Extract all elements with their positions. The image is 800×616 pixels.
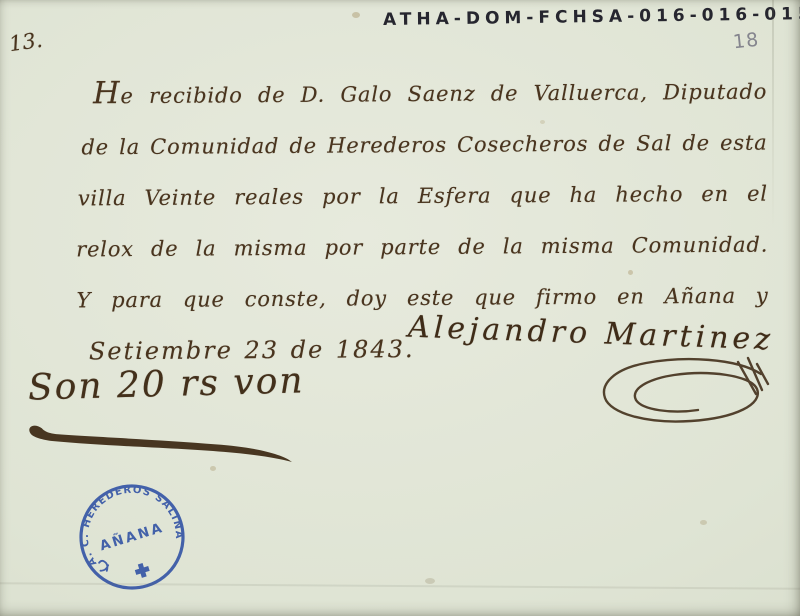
rubric-oval bbox=[604, 359, 761, 421]
stamp-ornament-mark bbox=[98, 559, 110, 572]
document-scan: ATHA-DOM-FCHSA-016-016-015 18 13. He rec… bbox=[0, 0, 800, 616]
paper-stain bbox=[210, 466, 216, 471]
signature-rubric-flourish bbox=[596, 354, 771, 432]
paper-stain bbox=[425, 578, 435, 584]
pencil-folio-number: 18 bbox=[732, 29, 760, 54]
ink-folio-number: 13. bbox=[7, 28, 43, 56]
paper-stain bbox=[700, 520, 707, 525]
receipt-line-1: He recibido de D. Galo Saenz de Valluerc… bbox=[75, 64, 767, 123]
svg-text:A. C. HEREDEROS SALINAS: A. C. HEREDEROS SALINAS bbox=[57, 461, 187, 573]
paper-crease-vertical bbox=[772, 0, 774, 230]
stamp-center-text: AÑANA bbox=[98, 519, 167, 555]
archive-reference: ATHA-DOM-FCHSA-016-016-015 bbox=[383, 4, 800, 30]
archive-stamp: A. C. HEREDEROS SALINAS AÑANA bbox=[57, 461, 207, 613]
paper-stain bbox=[352, 12, 360, 18]
receipt-line-3: villa Veinte reales por la Esfera que ha… bbox=[76, 169, 768, 225]
stamp-cross-icon bbox=[133, 562, 150, 579]
receipt-line-2: de la Comunidad de Herederos Cosecheros … bbox=[75, 118, 767, 174]
amount-line: Son 20 rs von bbox=[28, 360, 306, 408]
stamp-arc-text: A. C. HEREDEROS SALINAS bbox=[57, 461, 187, 573]
amount-underline-flourish bbox=[24, 420, 299, 462]
receipt-line-4: relox de la misma por parte de la misma … bbox=[76, 220, 768, 276]
rubric-zigzag bbox=[738, 358, 768, 394]
underline-swash bbox=[29, 426, 292, 462]
